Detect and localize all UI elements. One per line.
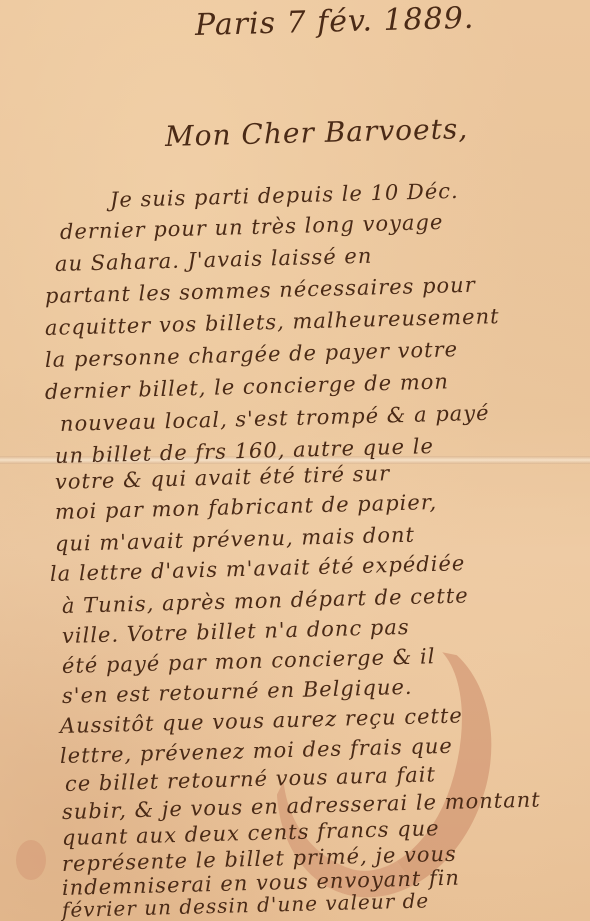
edge-stain <box>16 840 46 880</box>
dateline: Paris 7 fév. 1889. <box>195 1 475 43</box>
